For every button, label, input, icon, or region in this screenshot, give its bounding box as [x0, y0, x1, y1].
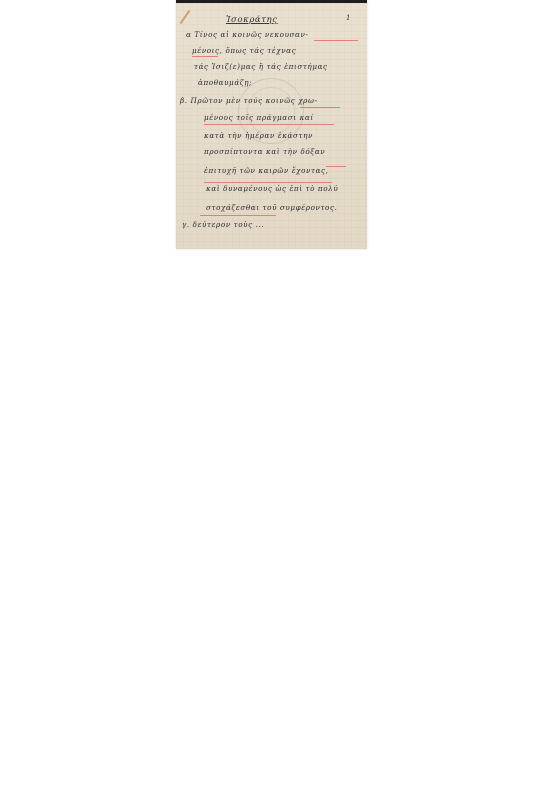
text-line: στοχάζεσθαι τοῦ συμφέροντος.	[206, 203, 338, 212]
text-line: μένους τοῖς πράγμασι καί	[204, 113, 314, 122]
red-underline	[300, 107, 340, 108]
red-underline	[200, 215, 276, 216]
text-line: γ. δεύτερον τοὺς ...	[182, 220, 264, 229]
page-number: 1	[346, 14, 351, 22]
text-line: μένοις, ὅπως τάς τέχνας	[192, 46, 296, 55]
text-line: καὶ δυναμένους ὡς ἐπὶ τὸ πολύ	[206, 184, 338, 193]
red-underline	[204, 124, 334, 125]
page-title: Ἰσοκράτης	[226, 15, 278, 25]
red-underline	[192, 56, 218, 57]
manuscript-page: Ἰσοκράτης 1 α Τίνος αἱ κοινῶς νεκουσαν- …	[176, 0, 367, 249]
text-line: β. Πρῶτον μὲν τούς κοινῶς χρω-	[180, 96, 317, 105]
text-line: προσπίπτοντα καὶ τὴν δόξαν	[204, 147, 325, 156]
text-line: α Τίνος αἱ κοινῶς νεκουσαν-	[186, 30, 309, 39]
text-line: ἀποθαυμάζῃ;	[198, 78, 252, 87]
text-line: τάς Ἰσιζ(ε)μας ἢ τάς ἐπιστήμας	[194, 62, 328, 71]
red-underline	[326, 166, 346, 167]
red-underline	[314, 40, 358, 41]
scan-border	[176, 0, 367, 3]
margin-pencil-mark	[180, 10, 191, 24]
red-underline	[204, 182, 332, 183]
text-line: κατὰ τὴν ἡμέραν ἑκάστην	[204, 131, 313, 140]
text-line: ἐπιτυχῆ τῶν καιρῶν ἔχοντας,	[204, 166, 329, 175]
